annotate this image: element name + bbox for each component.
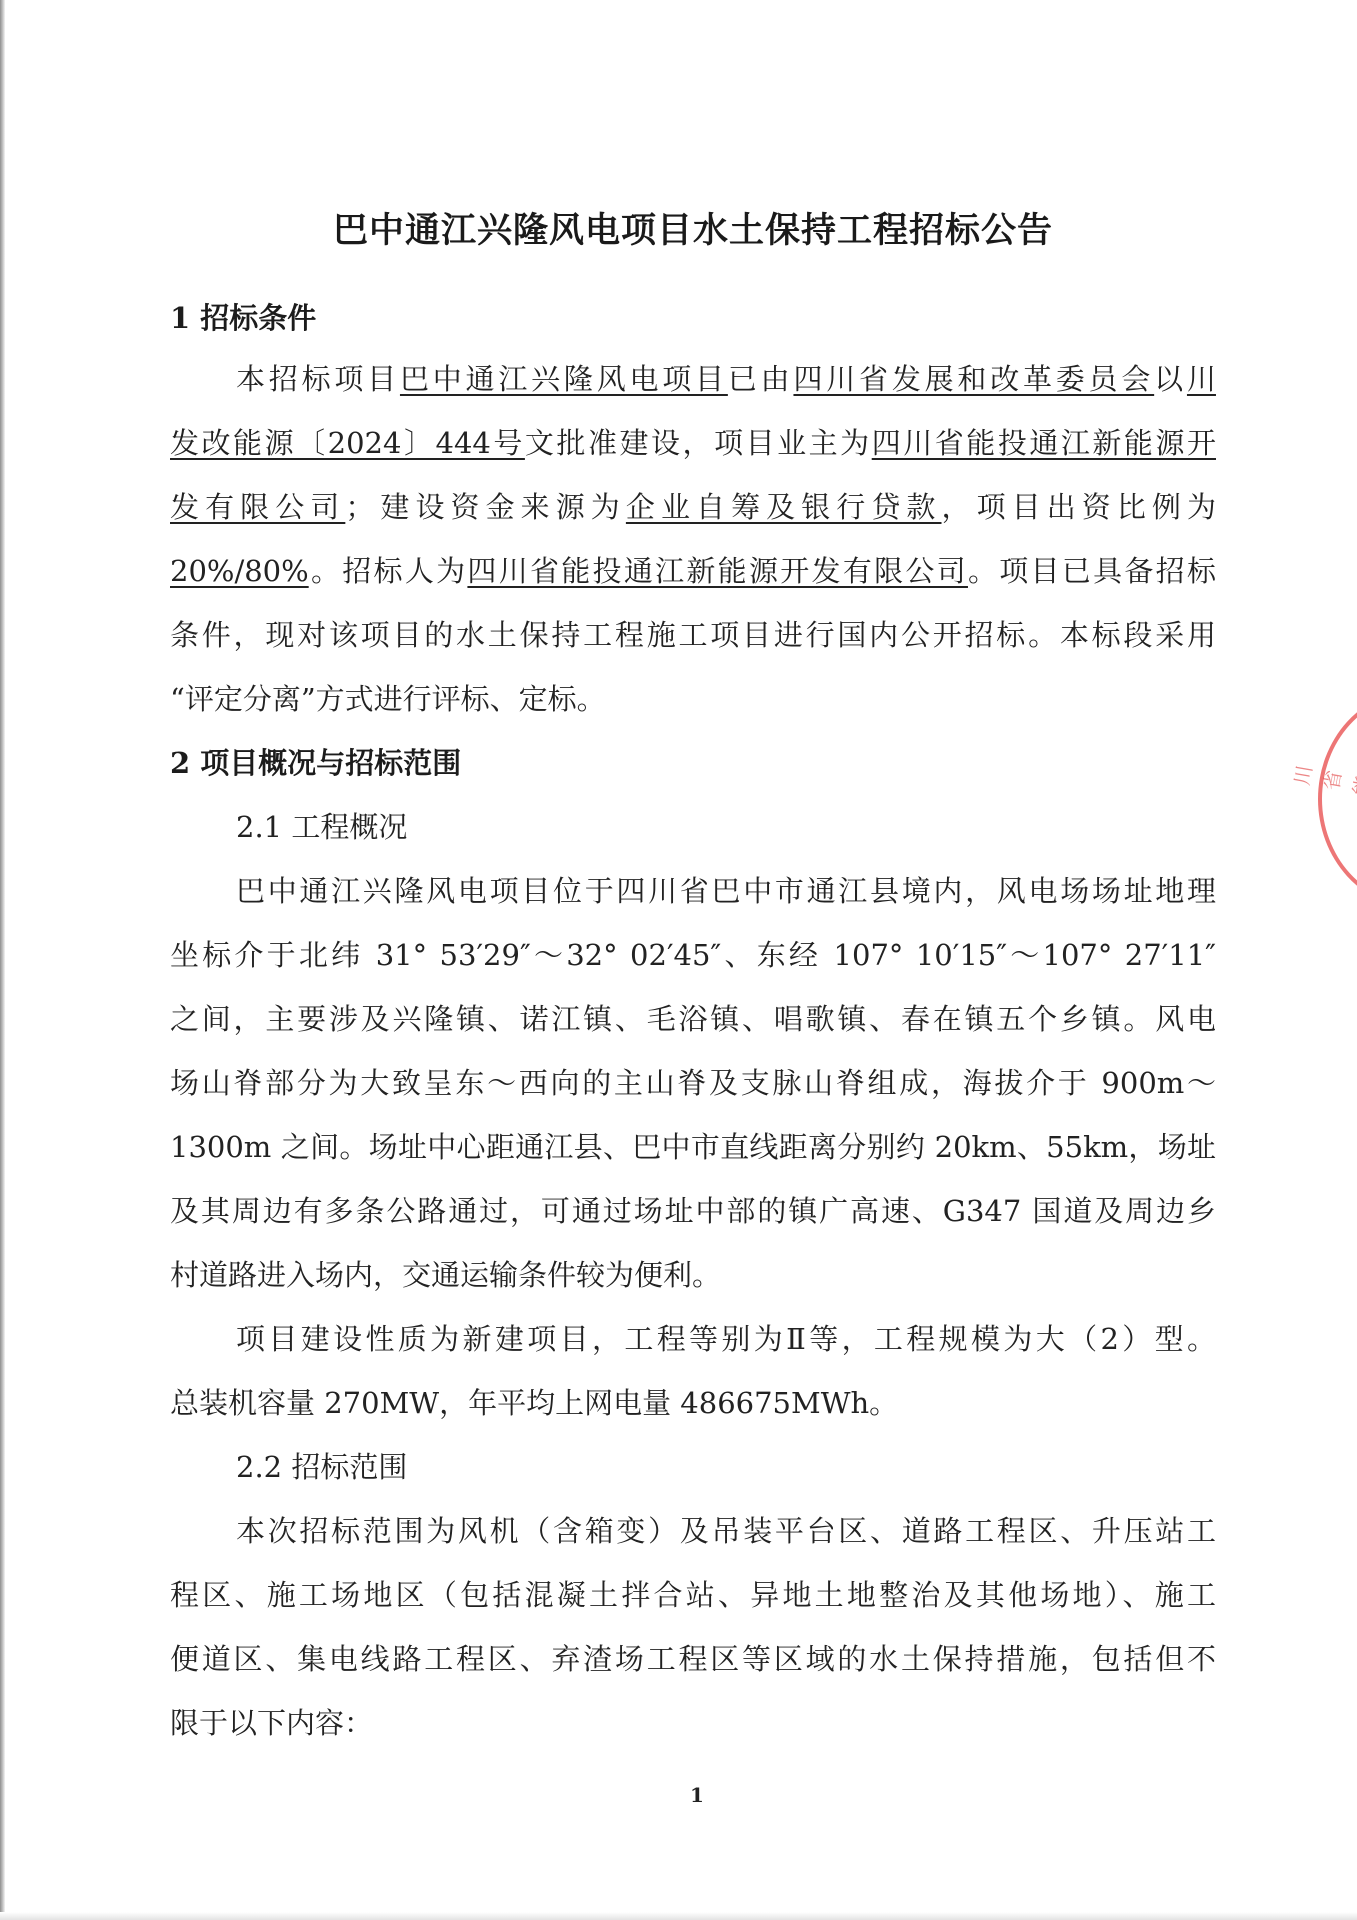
text: 本招标项目 xyxy=(236,362,400,396)
section-1-line-5: 条件，现对该项目的水土保持工程施工项目进行国内公开招标。本标段采用 xyxy=(170,613,1216,654)
text: 已由 xyxy=(728,362,794,396)
overview-line-3: 之间，主要涉及兴隆镇、诺江镇、毛浴镇、唱歌镇、春在镇五个乡镇。风电 xyxy=(170,997,1216,1038)
company-seal-stamp xyxy=(1318,690,1357,908)
document-title: 巴中通江兴隆风电项目水土保持工程招标公告 xyxy=(170,203,1216,253)
scan-bottom-edge xyxy=(0,1912,1357,1920)
overview-line-5: 1300m 之间。场址中心距通江县、巴中市直线距离分别约 20km、55km，场… xyxy=(170,1125,1216,1166)
scope-line-3: 便道区、集电线路工程区、弃渣场工程区等区域的水土保持措施，包括但不 xyxy=(170,1637,1216,1678)
section-1-line-4: 20%/80%。招标人为四川省能投通江新能源开发有限公司。项目已具备招标 xyxy=(170,549,1216,590)
approval-authority-underlined: 四川省发展和改革委员会 xyxy=(793,362,1154,396)
text: ；建设资金来源为 xyxy=(345,490,626,524)
section-1-line-2: 发改能源〔2024〕444号文批准建设，项目业主为四川省能投通江新能源开 xyxy=(170,421,1216,462)
project-owner-underlined: 发有限公司 xyxy=(170,490,345,524)
scale-line-2: 总装机容量 270MW，年平均上网电量 486675MWh。 xyxy=(170,1381,1216,1422)
overview-line-6: 及其周边有多条公路通过，可通过场址中部的镇广高速、G347 国道及周边乡 xyxy=(170,1189,1216,1230)
tenderer-underlined: 四川省能投通江新能源开发有限公司 xyxy=(467,554,968,588)
project-name-underlined: 巴中通江兴隆风电项目 xyxy=(400,362,728,396)
overview-line-2: 坐标介于北纬 31° 53′29″～32° 02′45″、东经 107° 10′… xyxy=(170,933,1216,974)
text: 。招标人为 xyxy=(309,554,468,588)
section-2-2-heading: 2.2 招标范围 xyxy=(236,1445,407,1486)
section-2-1-heading: 2.1 工程概况 xyxy=(236,805,407,846)
section-1-line-6: “评定分离”方式进行评标、定标。 xyxy=(170,677,1216,718)
text: 以 xyxy=(1154,362,1187,396)
scale-line-1: 项目建设性质为新建项目，工程等别为Ⅱ等，工程规模为大（2）型。 xyxy=(236,1317,1216,1358)
project-owner-underlined: 四川省能投通江新能源开 xyxy=(872,426,1216,460)
page-number: 1 xyxy=(690,1783,704,1807)
overview-line-1: 巴中通江兴隆风电项目位于四川省巴中市通江县境内，风电场场址地理 xyxy=(236,869,1216,910)
scan-left-edge xyxy=(0,0,5,1920)
section-1-heading: 1 招标条件 xyxy=(170,296,316,337)
overview-line-7: 村道路进入场内，交通运输条件较为便利。 xyxy=(170,1253,1216,1294)
funding-ratio-underlined: 20%/80% xyxy=(170,554,309,588)
text: ，项目出资比例为 xyxy=(942,490,1216,524)
scope-line-1: 本次招标范围为风机（含箱变）及吊装平台区、道路工程区、升压站工 xyxy=(236,1509,1216,1550)
overview-line-4: 场山脊部分为大致呈东～西向的主山脊及支脉山脊组成，海拔介于 900m～ xyxy=(170,1061,1216,1102)
text: 文批准建设，项目业主为 xyxy=(525,426,872,460)
approval-doc-underlined: 川 xyxy=(1187,362,1216,396)
section-1-line-1: 本招标项目巴中通江兴隆风电项目已由四川省发展和改革委员会以川 xyxy=(236,357,1216,398)
scope-line-2: 程区、施工场地区（包括混凝土拌合站、异地土地整治及其他场地）、施工 xyxy=(170,1573,1216,1614)
text: 。项目已具备招标 xyxy=(968,554,1216,588)
section-1-line-3: 发有限公司；建设资金来源为企业自筹及银行贷款，项目出资比例为 xyxy=(170,485,1216,526)
approval-doc-number-underlined: 发改能源〔2024〕444号 xyxy=(170,426,525,460)
section-2-heading: 2 项目概况与招标范围 xyxy=(170,741,461,782)
scope-line-4: 限于以下内容： xyxy=(170,1701,1216,1742)
funding-source-underlined: 企业自筹及银行贷款 xyxy=(626,490,942,524)
